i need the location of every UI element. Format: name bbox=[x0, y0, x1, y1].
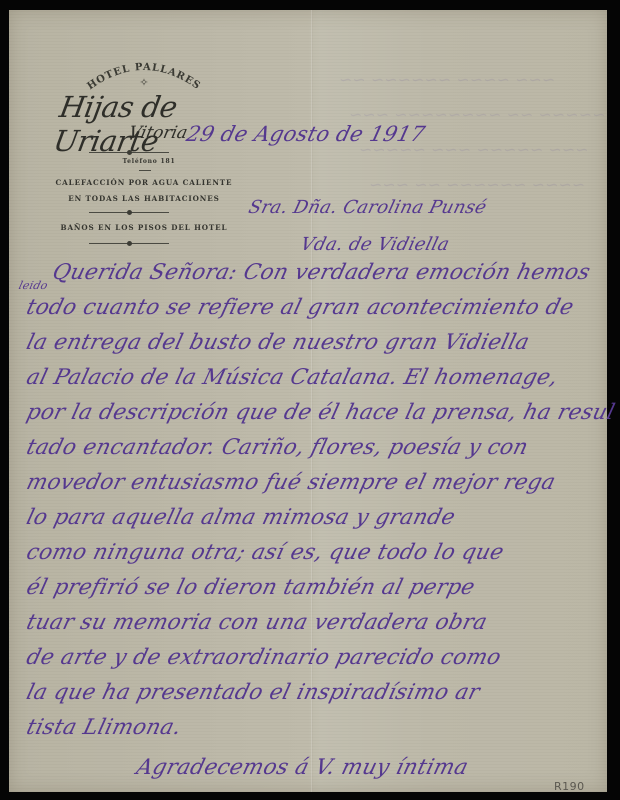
margin-note: leido bbox=[17, 279, 49, 292]
ornament-star-icon: ✧ bbox=[137, 76, 151, 89]
letterhead-feature-heating: CALEFACCIÓN POR AGUA CALIENTE bbox=[39, 178, 249, 187]
body-line: la que ha presentado el inspiradísimo ar bbox=[24, 680, 483, 705]
letter-page: ~~~ ~~~~ ~~~~~~ ~~ ~~~~~ ~~ ~~~~~~~~ ~~~… bbox=[9, 10, 607, 792]
recipient-title: Vda. de Vidiella bbox=[298, 234, 451, 255]
body-line: de arte y de extraordinario parecido com… bbox=[24, 645, 504, 670]
letterhead-city: Vitoria bbox=[127, 123, 189, 143]
letterhead-telephone: Teléfono 181 bbox=[49, 158, 249, 165]
body-line: la entrega del busto de nuestro gran Vid… bbox=[24, 330, 532, 355]
bleed-through-text: ~~~ ~~~~ ~~~~~~ ~~ bbox=[337, 70, 557, 89]
body-line: como ninguna otra; así es, que todo lo q… bbox=[24, 540, 507, 565]
body-line: al Palacio de la Música Catalana. El hom… bbox=[24, 365, 561, 390]
body-line: movedor entusiasmo fué siempre el mejor … bbox=[24, 470, 558, 495]
body-line: por la descripción que de él hace la pre… bbox=[24, 400, 618, 425]
body-line: lo para aquella alma mimosa y grande bbox=[24, 505, 458, 530]
letterhead-feature-baths: BAÑOS EN LOS PISOS DEL HOTEL bbox=[39, 223, 249, 232]
ornamental-divider bbox=[89, 152, 169, 153]
body-line: Querida Señora: Con verdadera emoción he… bbox=[50, 260, 593, 285]
short-divider bbox=[139, 170, 151, 171]
archive-reference: R190 bbox=[554, 780, 585, 793]
letterhead-feature-rooms: EN TODAS LAS HABITACIONES bbox=[39, 194, 249, 203]
bleed-through-text: ~~~~ ~~~~~~ ~~ ~~~ bbox=[367, 175, 587, 194]
ornamental-divider bbox=[89, 243, 169, 244]
body-line: tado encantador. Cariño, flores, poesía … bbox=[24, 435, 531, 460]
body-line: todo cuanto se refiere al gran acontecim… bbox=[24, 295, 576, 320]
letter-date: 29 de Agosto de 1917 bbox=[184, 122, 428, 146]
ornamental-divider bbox=[89, 212, 169, 213]
closing-line: Agradecemos á V. muy íntima bbox=[134, 755, 471, 780]
body-line: tuar su memoria con una verdadera obra bbox=[24, 610, 490, 635]
body-line: tista Llimona. bbox=[24, 715, 184, 740]
recipient-name: Sra. Dña. Carolina Punsé bbox=[246, 197, 488, 218]
body-line: él prefirió se lo dieron también al perp… bbox=[24, 575, 478, 600]
